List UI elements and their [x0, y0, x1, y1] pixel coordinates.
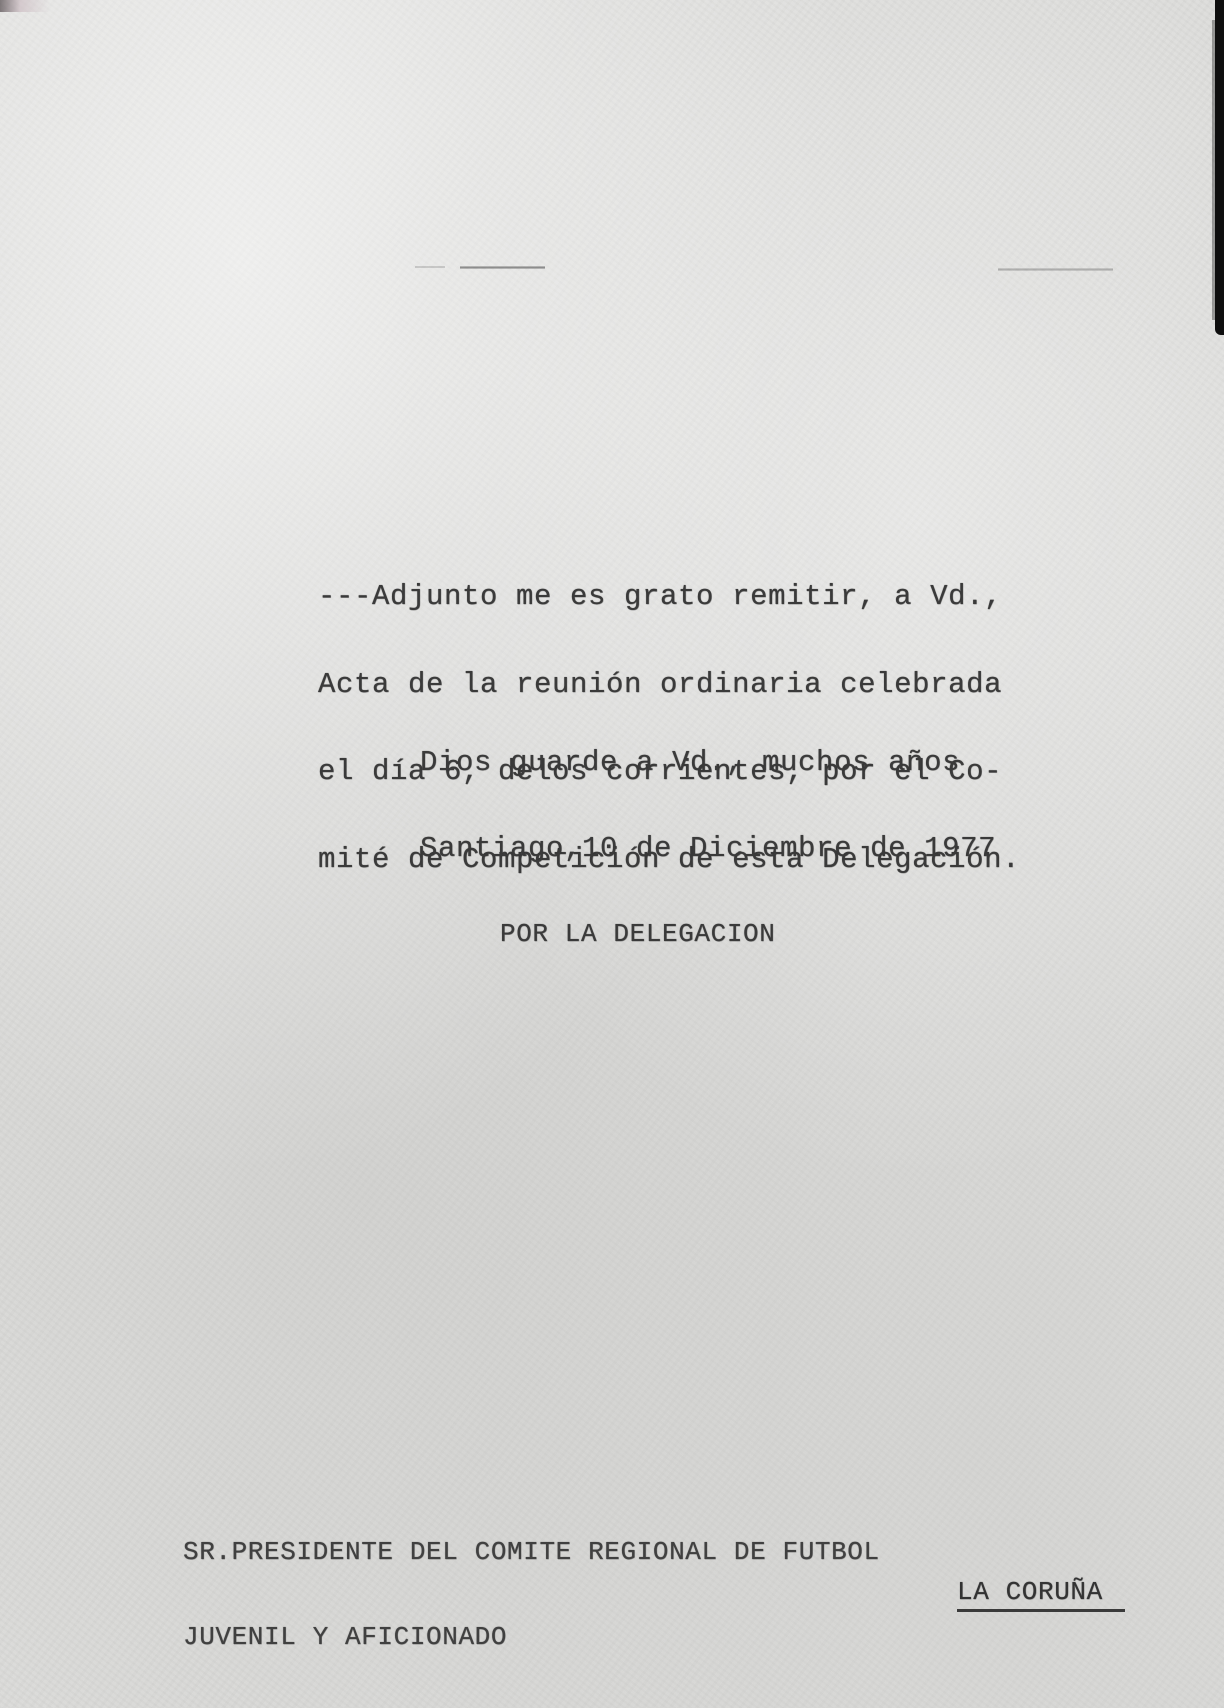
fold-mark-right: [998, 268, 1113, 271]
scan-corner-artifact: [0, 0, 50, 12]
destination-city: LA CORUÑA: [957, 1578, 1125, 1612]
fold-mark-left: [460, 266, 545, 269]
signature-line: POR LA DELEGACION: [420, 920, 996, 948]
closing-block: Dios guarde a Vd., muchos años Santiago,…: [420, 690, 996, 1006]
recipient-block: SR.PRESIDENTE DEL COMITE REGIONAL DE FUT…: [183, 1480, 880, 1708]
place-date: Santiago,10 de Diciembre de 1977: [420, 834, 996, 862]
body-line-1: ---Adjunto me es grato remitir, a Vd.,: [318, 582, 1020, 612]
closing-salutation: Dios guarde a Vd., muchos años: [420, 748, 996, 776]
scanned-page: ---Adjunto me es grato remitir, a Vd., A…: [0, 0, 1224, 1708]
recipient-line-2: JUVENIL Y AFICIONADO: [183, 1623, 880, 1650]
scan-edge-shadow: [1215, 0, 1224, 335]
recipient-line-1: SR.PRESIDENTE DEL COMITE REGIONAL DE FUT…: [183, 1538, 880, 1565]
